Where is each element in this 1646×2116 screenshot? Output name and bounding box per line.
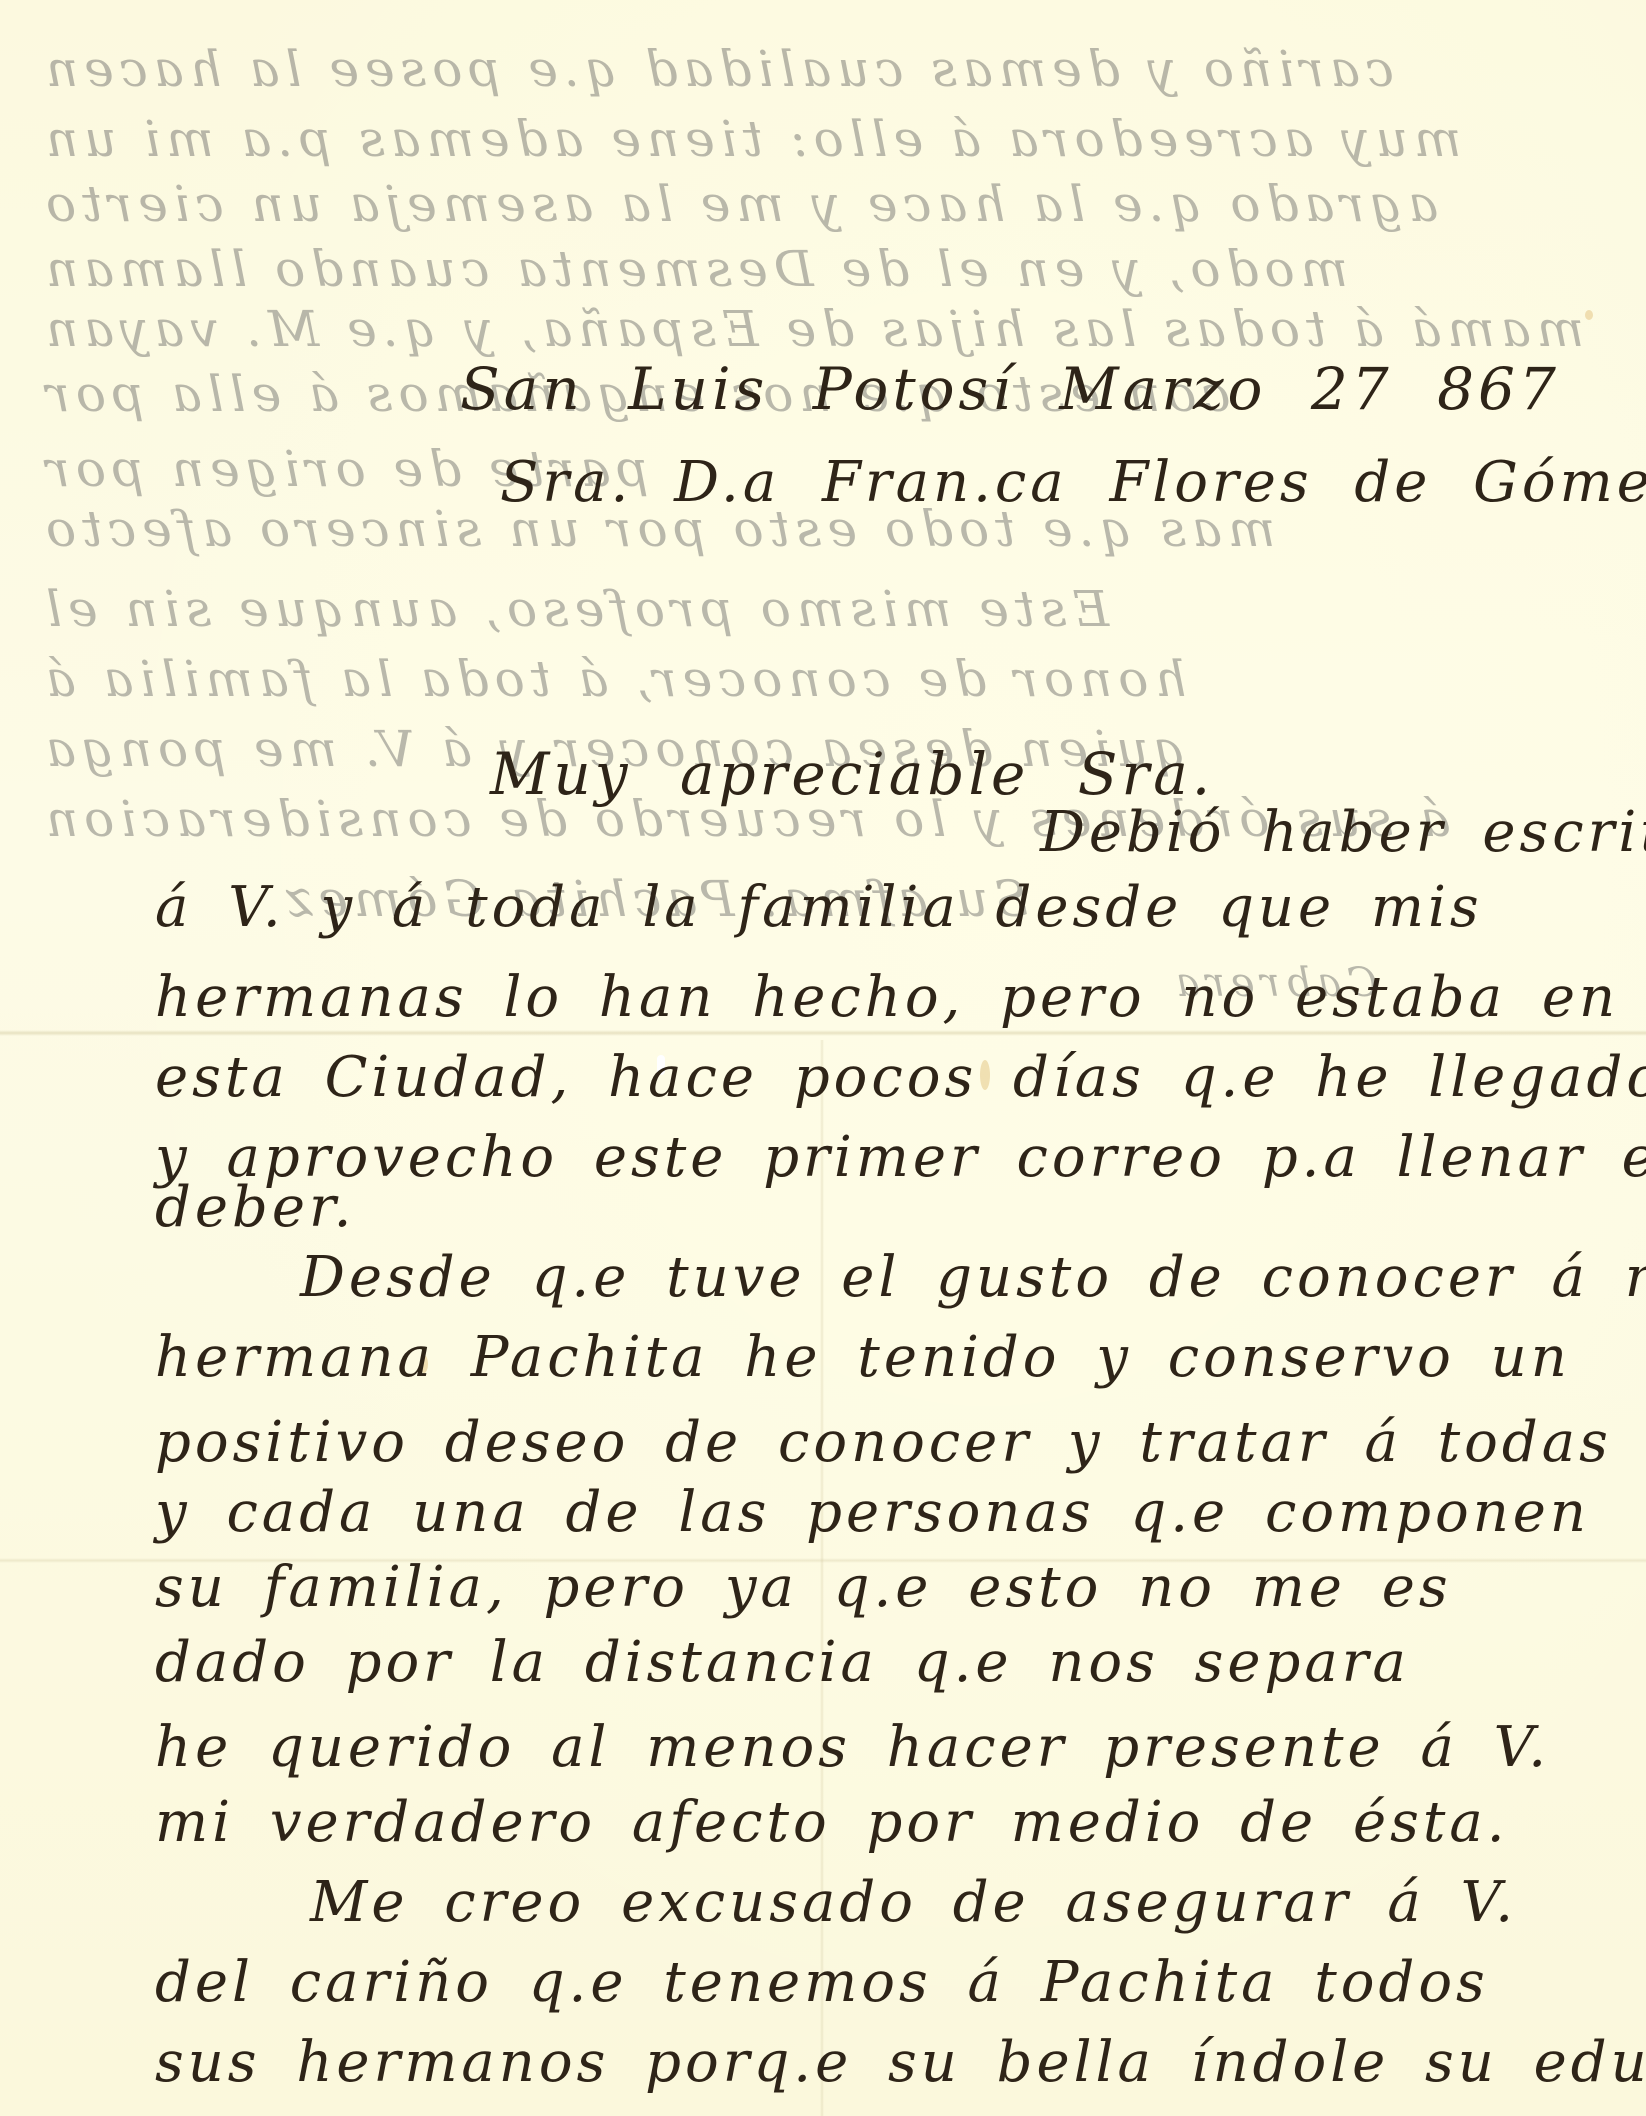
body-line: positivo deseo de conocer y tratar á tod…	[155, 1410, 1612, 1475]
body-line: Me creo excusado de asegurar á V.	[310, 1870, 1517, 1935]
letter-page: cariño y demas cualidad q.e posee la hac…	[0, 0, 1646, 2116]
body-line: Desde q.e tuve el gusto de conocer á mi	[300, 1245, 1646, 1310]
body-line: hermana Pachita he tenido y conservo un	[155, 1325, 1571, 1390]
body-line: y aprovecho este primer correo p.a llena…	[155, 1125, 1646, 1190]
body-line: dado por la distancia q.e nos separa	[155, 1630, 1410, 1695]
bleed-line: honor de conocer, á toda la familia á	[40, 650, 1187, 708]
bleed-line: Este mismo profeso, aunque sin el	[40, 580, 1109, 638]
letter-dateline: San Luis Potosí Marzo 27 867	[460, 355, 1560, 423]
body-line: y cada una de las personas q.e componen	[155, 1480, 1590, 1545]
body-line: esta Ciudad, hace pocos días q.e he lleg…	[155, 1045, 1646, 1110]
body-line: deber.	[155, 1175, 355, 1240]
body-line: del cariño q.e tenemos á Pachita todos	[155, 1950, 1489, 2015]
body-line: hermanas lo han hecho, pero no estaba en	[155, 965, 1619, 1030]
bleed-line: agrado q.e la hace y me la asemeja un ci…	[40, 175, 1438, 233]
bleed-line: cariño y demas cualidad q.e posee la hac…	[40, 40, 1394, 98]
body-line: sus hermanos porq.e su bella índole su e…	[155, 2030, 1646, 2095]
letter-opening-phrase: Debió haber escrito	[1040, 800, 1646, 865]
body-line: he querido al menos hacer presente á V.	[155, 1715, 1550, 1780]
bleed-line: modo, y en el de Desmenta cuando llaman	[40, 240, 1348, 298]
body-line: á V. y á toda la familia desde que mis	[155, 875, 1483, 940]
bleed-line: muy acreedora á ello: tiene ademas p.a m…	[40, 110, 1461, 168]
letter-addressee: Sra. D.a Fran.ca Flores de Gómez	[500, 450, 1646, 515]
body-line: su familia, pero ya q.e esto no me es	[155, 1555, 1452, 1620]
letter-greeting: Muy apreciable Sra.	[490, 740, 1214, 808]
bleed-line: mamá á todas las hijas de España, y q.e …	[40, 300, 1584, 358]
body-line: mi verdadero afecto por medio de ésta.	[155, 1790, 1509, 1855]
